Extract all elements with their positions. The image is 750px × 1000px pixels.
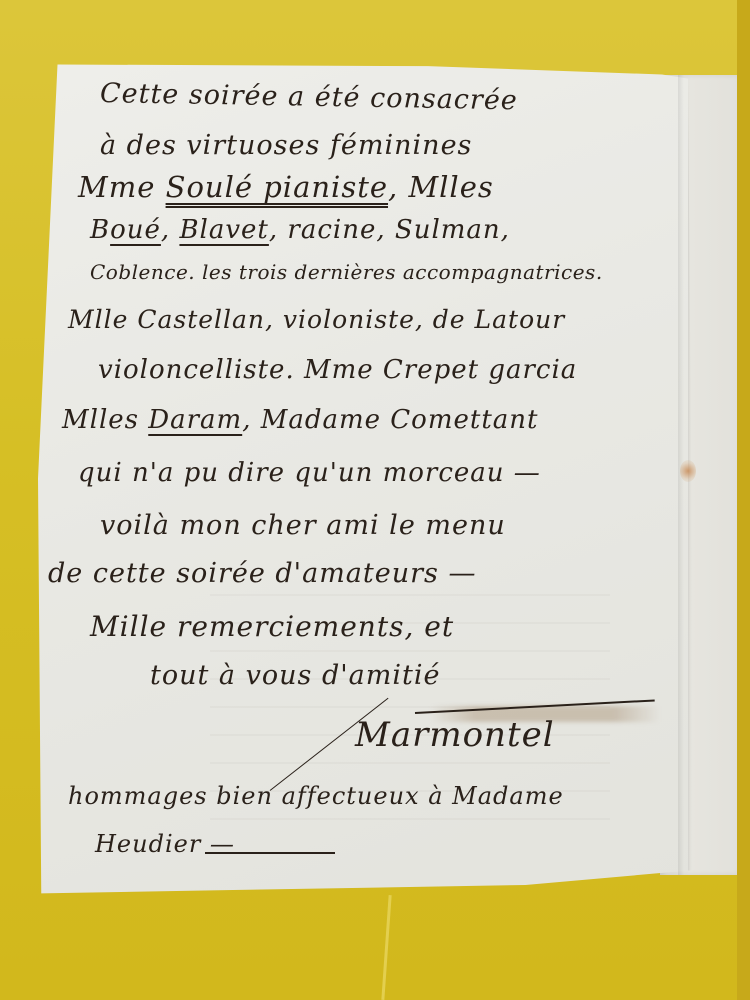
text-segment: Coblence. les trois dernières accompagna… <box>90 260 603 284</box>
letter-line: Mille remerciements, et <box>90 610 454 643</box>
text-segment: B <box>90 215 110 245</box>
text-segment: Mme <box>78 170 166 204</box>
text-segment: Mlle Castellan, violoniste, de Latour <box>68 305 565 334</box>
letter-line: Coblence. les trois dernières accompagna… <box>90 260 603 284</box>
letter-line: voilà mon cher ami le menu <box>100 510 506 541</box>
letter-line: qui n'a pu dire qu'un morceau — <box>78 458 541 488</box>
text-segment: Mille remerciements, et <box>90 610 454 643</box>
signature: Marmontel <box>355 715 555 755</box>
text-segment: , Madame Comettant <box>242 405 538 435</box>
text-segment: violoncelliste. Mme Crepet garcia <box>98 355 577 385</box>
text-segment: qui n'a pu dire qu'un morceau — <box>78 458 541 488</box>
letter-line: hommages bien affectueux à Madame <box>68 782 564 810</box>
letter-line: Mlles Daram, Madame Comettant <box>62 405 538 435</box>
underlined-text: Soulé pianiste <box>166 170 388 204</box>
text-segment: , Mlles <box>388 170 494 204</box>
letter-line: à des virtuoses féminines <box>100 130 472 161</box>
background-edge-strip <box>737 0 750 1000</box>
text-segment: tout à vous d'amitié <box>150 660 440 691</box>
text-segment: à des virtuoses féminines <box>100 130 472 161</box>
closing-flourish <box>205 852 335 854</box>
text-segment: de cette soirée d'amateurs — <box>48 558 476 589</box>
underlined-text: oué <box>110 215 161 245</box>
text-segment: hommages bien affectueux à Madame <box>68 782 564 810</box>
foxing-stain <box>680 460 696 482</box>
text-segment: , <box>161 215 180 245</box>
letter-line: Mlle Castellan, violoniste, de Latour <box>68 305 565 334</box>
text-segment: Mlles <box>62 405 148 435</box>
letter-line: tout à vous d'amitié <box>150 660 440 691</box>
letter-line: Boué, Blavet, racine, Sulman, <box>90 215 510 245</box>
text-segment: , racine, Sulman, <box>269 215 510 245</box>
letter-line: Mme Soulé pianiste, Mlles <box>78 170 494 204</box>
letter-line: de cette soirée d'amateurs — <box>48 558 476 589</box>
underlined-text: Blavet <box>179 215 268 245</box>
underlined-text: Daram <box>148 405 242 435</box>
text-segment: Marmontel <box>355 715 555 755</box>
letter-line: violoncelliste. Mme Crepet garcia <box>98 355 577 385</box>
text-segment: voilà mon cher ami le menu <box>100 510 506 541</box>
